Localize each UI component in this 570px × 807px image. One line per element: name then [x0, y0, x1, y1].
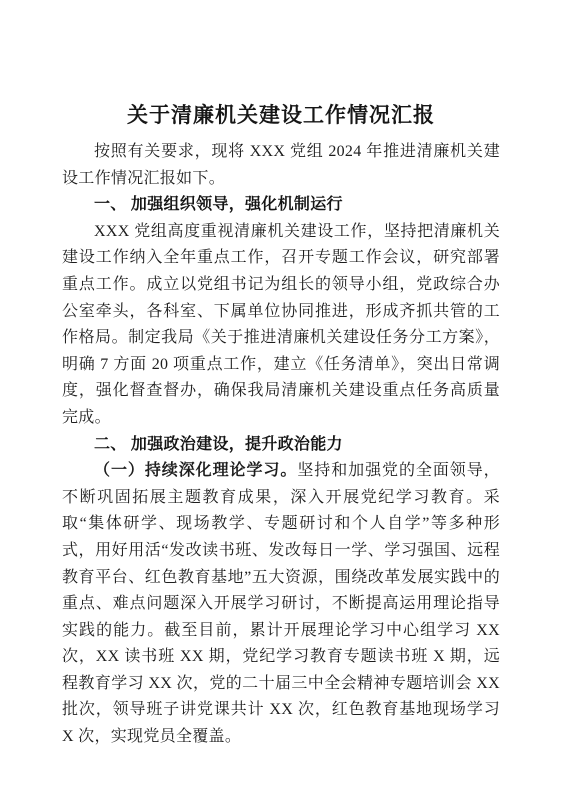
section-2-paragraph-text: 坚持和加强党的全面领导，不断巩固拓展主题教育成果，深入开展党纪学习教育。采取“集…	[62, 462, 500, 745]
section-2-paragraph: （一）持续深化理论学习。坚持和加强党的全面领导，不断巩固拓展主题教育成果，深入开…	[62, 458, 500, 751]
intro-paragraph: 按照有关要求，现将 XXX 党组 2024 年推进清廉机关建设工作情况汇报如下。	[62, 139, 500, 192]
section-2-paragraph-lead: （一）持续深化理论学习。	[94, 462, 297, 479]
document-title: 关于清廉机关建设工作情况汇报	[62, 101, 500, 129]
section-1-heading: 一、 加强组织领导，强化机制运行	[62, 192, 500, 219]
section-2-heading: 二、 加强政治建设，提升政治能力	[62, 432, 500, 459]
document-page: 关于清廉机关建设工作情况汇报 按照有关要求，现将 XXX 党组 2024 年推进…	[0, 0, 570, 807]
document-content: 关于清廉机关建设工作情况汇报 按照有关要求，现将 XXX 党组 2024 年推进…	[62, 101, 500, 751]
section-1-paragraph: XXX 党组高度重视清廉机关建设工作，坚持把清廉机关建设工作纳入全年重点工作，召…	[62, 219, 500, 432]
